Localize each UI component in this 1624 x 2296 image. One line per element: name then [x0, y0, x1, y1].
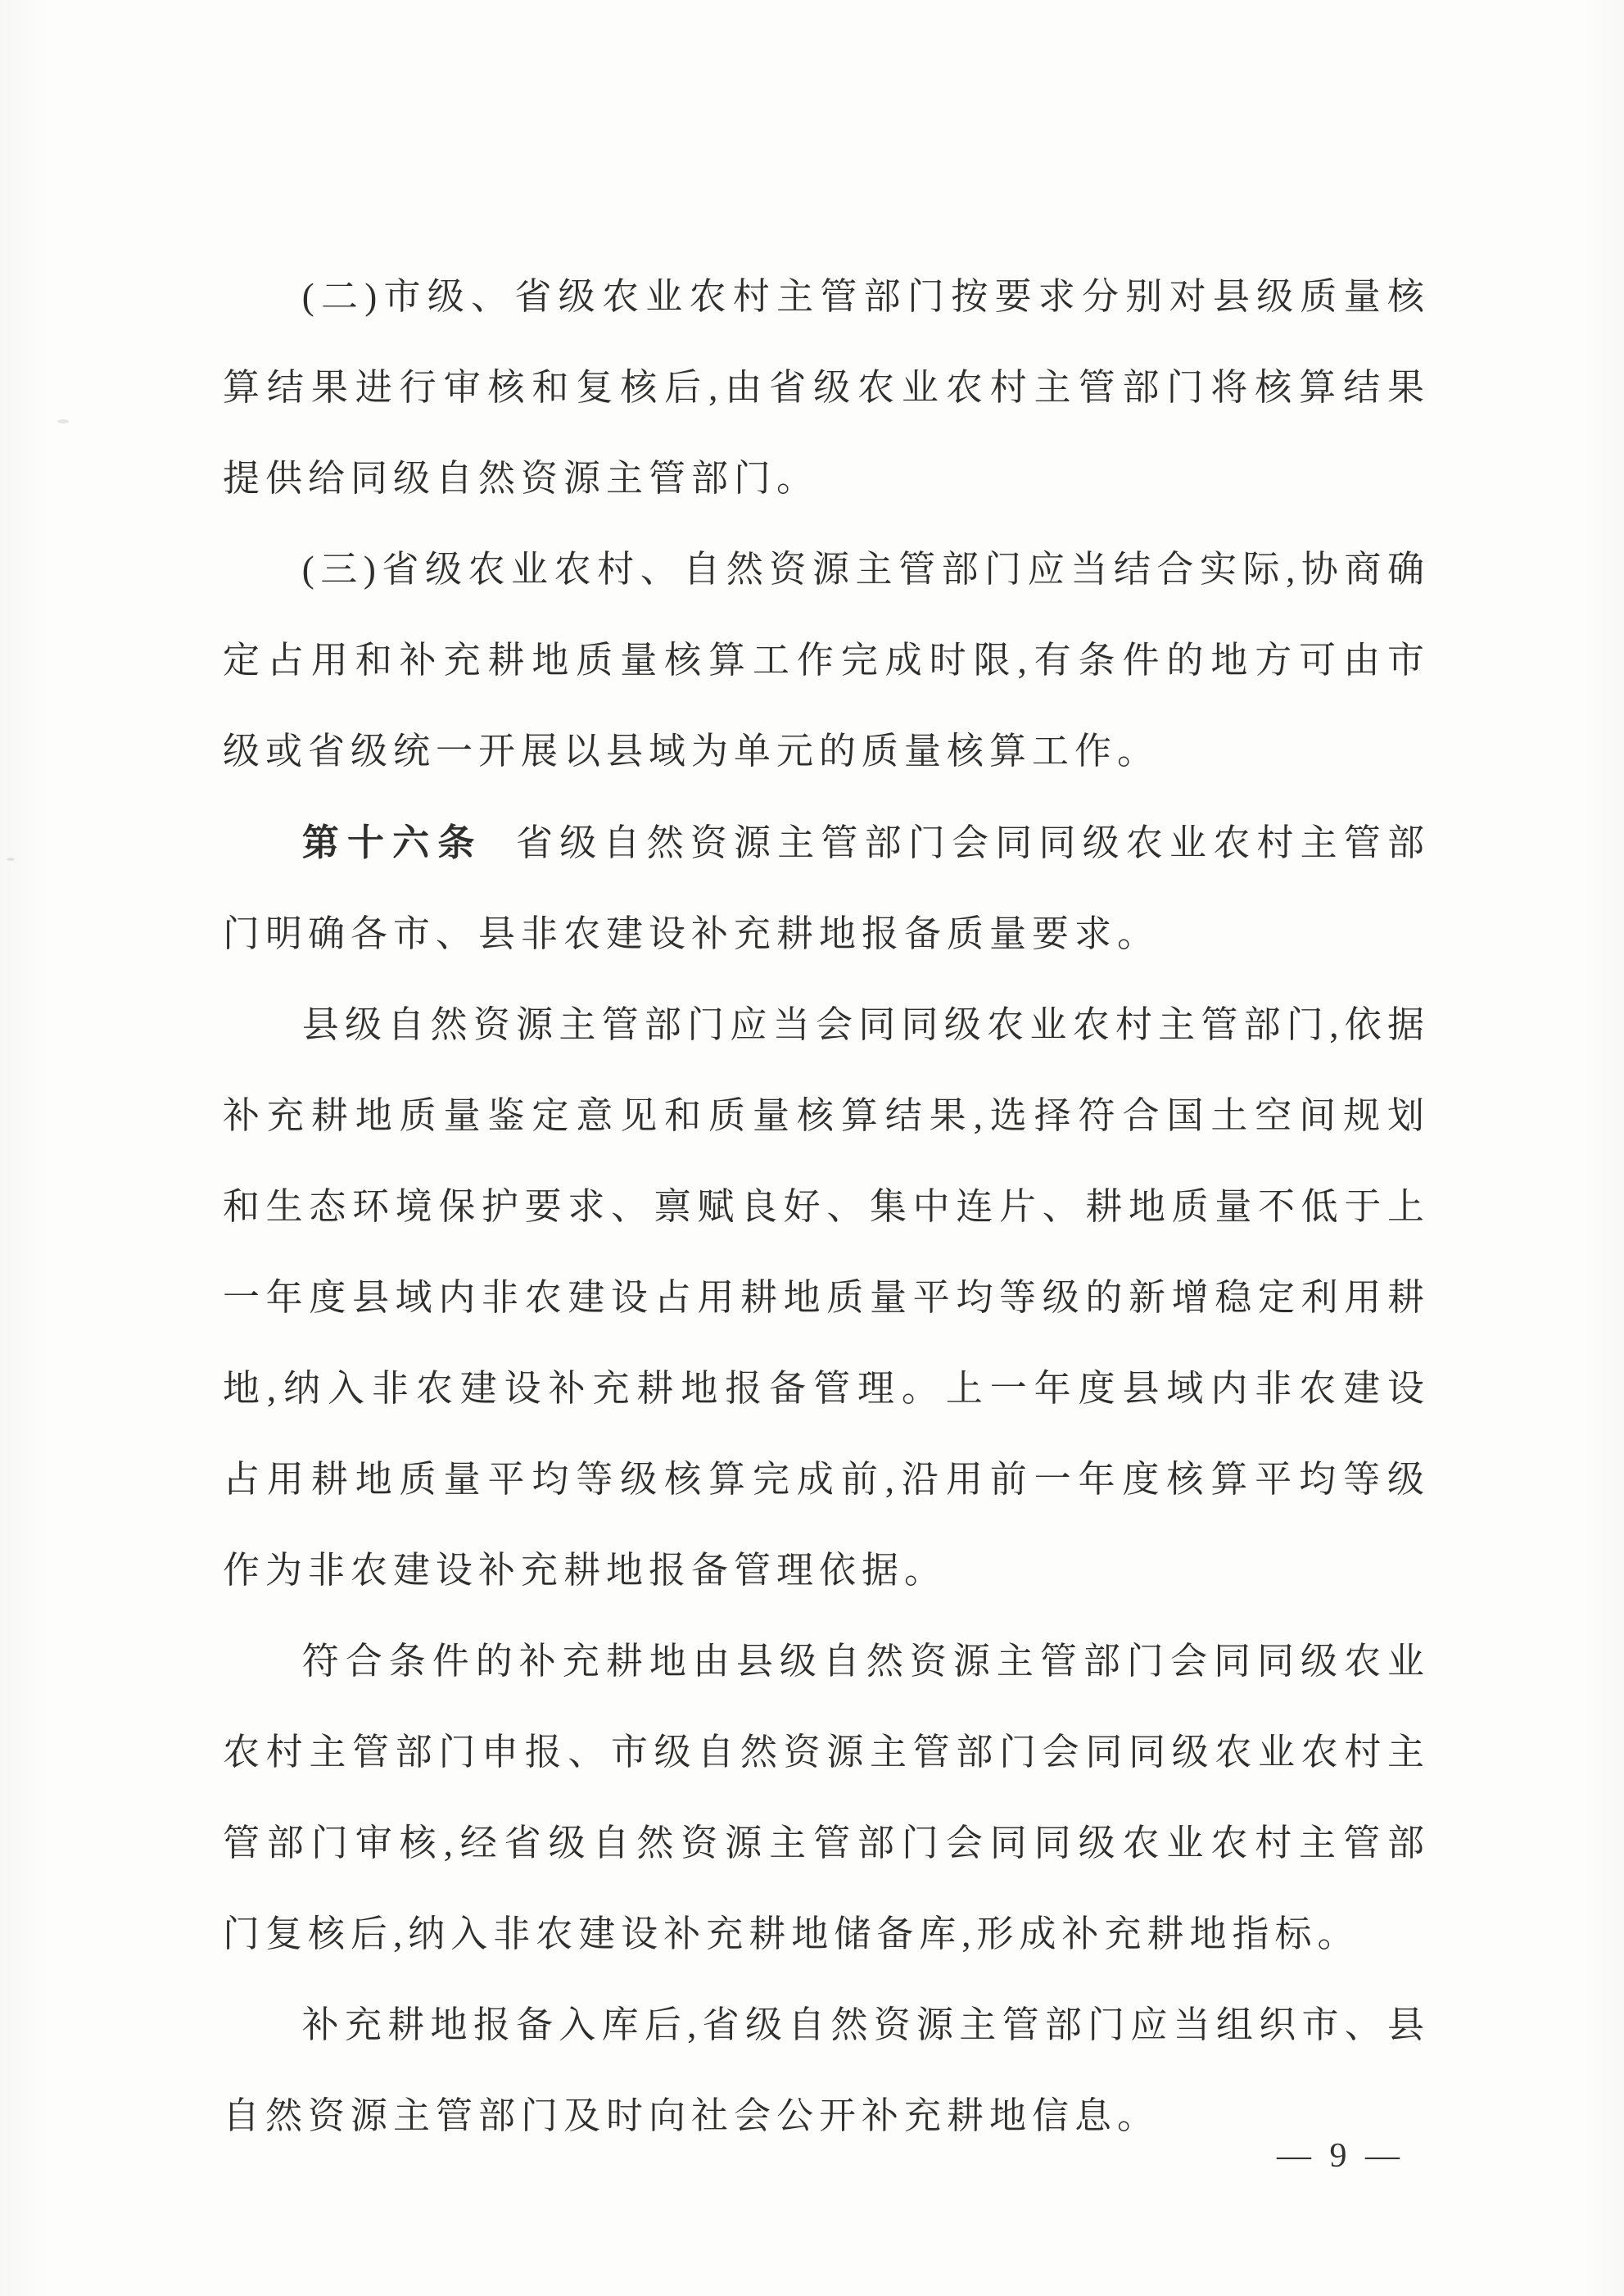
page-number: — 9 —	[1277, 2136, 1405, 2176]
document-page: (二)市级、省级农业农村主管部门按要求分别对县级质量核算结果进行审核和复核后,由…	[0, 0, 1624, 2296]
paragraph-text: (三)省级农业农村、自然资源主管部门应当结合实际,协商确定占用和补充耕地质量核算…	[223, 549, 1430, 772]
paragraph-text: 县级自然资源主管部门应当会同同级农业农村主管部门,依据补充耕地质量鉴定意见和质量…	[223, 1004, 1430, 1591]
paragraph-article-16: 第十六条省级自然资源主管部门会同同级农业农村主管部门明确各市、县非农建设补充耕地…	[223, 797, 1430, 980]
document-body: (二)市级、省级农业农村主管部门按要求分别对县级质量核算结果进行审核和复核后,由…	[223, 251, 1430, 2162]
paragraph: 符合条件的补充耕地由县级自然资源主管部门会同同级农业农村主管部门申报、市级自然资…	[223, 1616, 1430, 1980]
article-number-label: 第十六条	[302, 822, 483, 863]
scan-artifact	[57, 419, 69, 423]
paragraph-text: 符合条件的补充耕地由县级自然资源主管部门会同同级农业农村主管部门申报、市级自然资…	[223, 1641, 1430, 1954]
paragraph-text: 补充耕地报备入库后,省级自然资源主管部门应当组织市、县自然资源主管部门及时向社会…	[223, 2004, 1430, 2136]
paragraph-text: (二)市级、省级农业农村主管部门按要求分别对县级质量核算结果进行审核和复核后,由…	[223, 276, 1430, 499]
paragraph: 补充耕地报备入库后,省级自然资源主管部门应当组织市、县自然资源主管部门及时向社会…	[223, 1980, 1430, 2162]
scan-artifact	[7, 858, 15, 861]
paragraph: (三)省级农业农村、自然资源主管部门应当结合实际,协商确定占用和补充耕地质量核算…	[223, 524, 1430, 797]
paragraph: (二)市级、省级农业农村主管部门按要求分别对县级质量核算结果进行审核和复核后,由…	[223, 251, 1430, 524]
paragraph: 县级自然资源主管部门应当会同同级农业农村主管部门,依据补充耕地质量鉴定意见和质量…	[223, 980, 1430, 1616]
